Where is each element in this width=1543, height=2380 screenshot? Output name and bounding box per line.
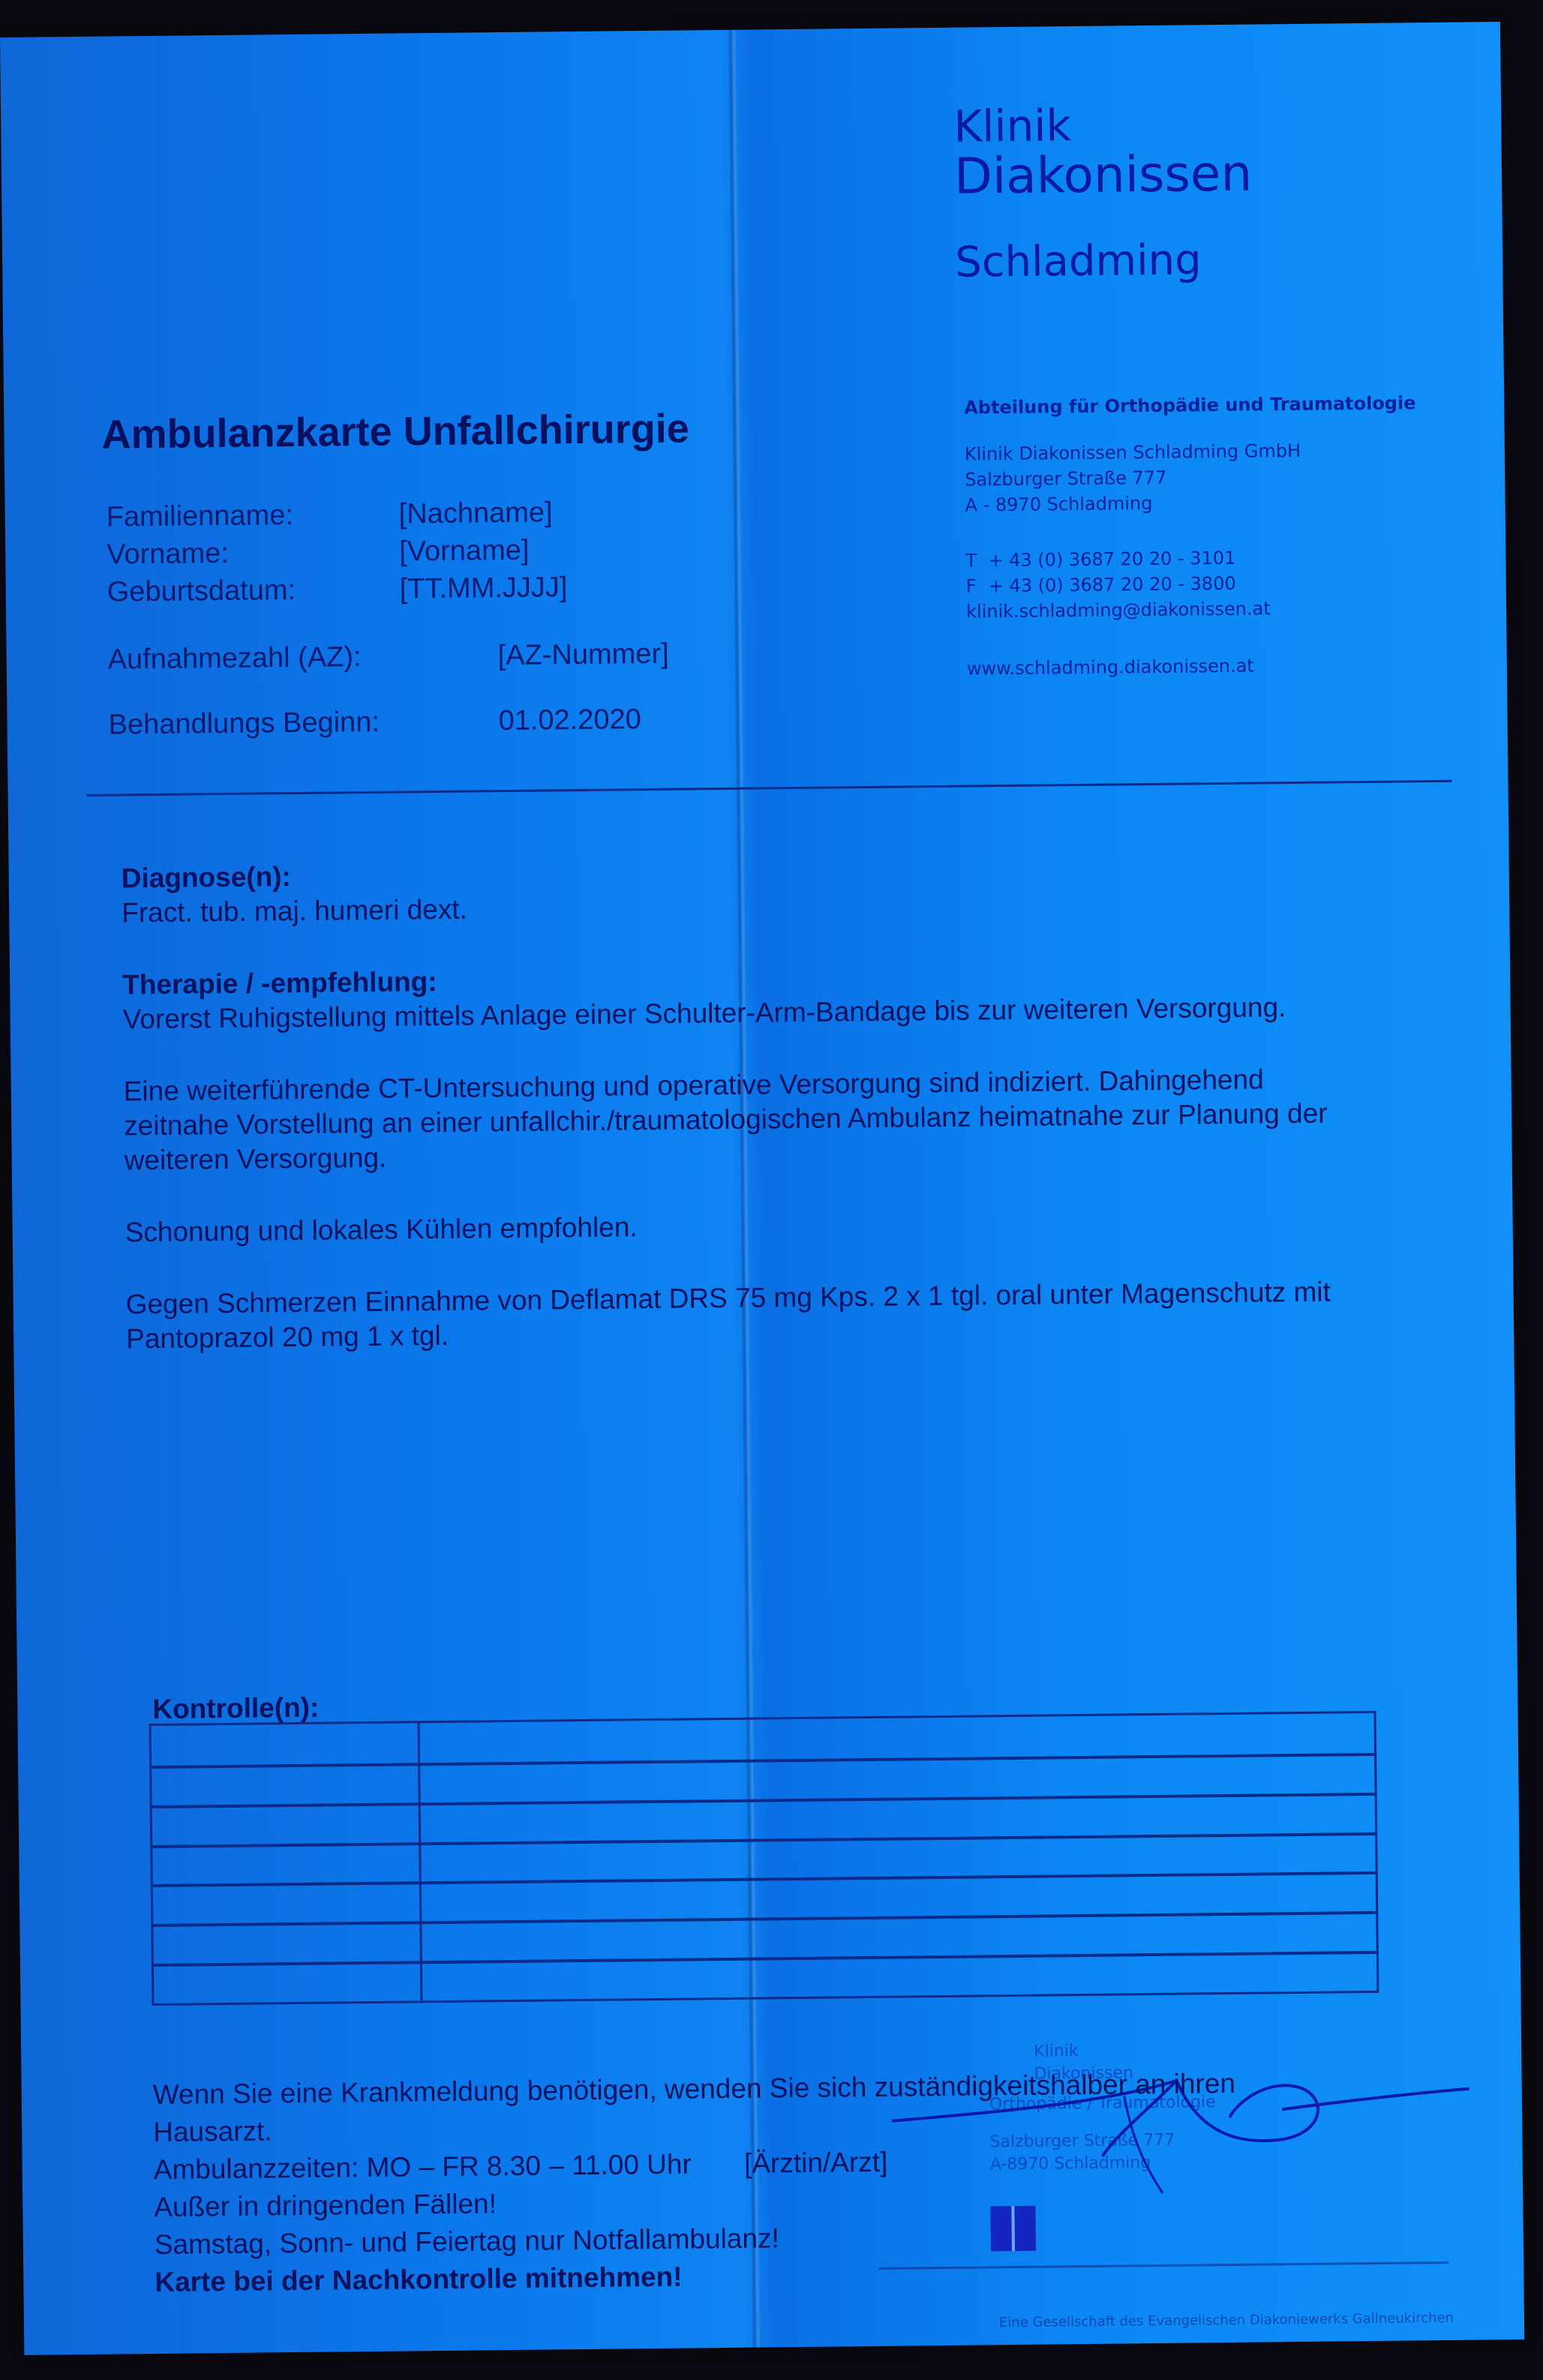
logo-line-diakonissen: Diakonissen [954,148,1253,203]
document-title: Ambulanzkarte Unfallchirurgie [101,405,689,458]
field-family-name: Familienname: [Nachname] [106,496,667,539]
organization-tagline: Eine Gesellschaft des Evangelischen Diak… [999,2310,1454,2330]
ambulance-hours: Ambulanzzeiten: MO – FR 8.30 – 11.00 Uhr [154,2149,692,2186]
controls-table-row-line [152,1832,1375,1848]
therapy-paragraph: Gegen Schmerzen Einnahme von Deflamat DR… [125,1274,1364,1356]
clinic-address-block: Abteilung für Orthopädie und Traumatolog… [964,390,1418,681]
birthdate-label: Geburtsdatum: [107,573,401,614]
physician-name: [Ärztin/Arzt] [744,2147,888,2179]
patient-fields: Familienname: [Nachname] Vorname: [Vorna… [106,496,669,742]
family-name-value: [Nachname] [398,497,552,536]
family-name-label: Familienname: [106,498,399,539]
controls-heading: Kontrolle(n): [152,1692,319,1725]
logo-line-schladming: Schladming [955,238,1253,286]
first-name-label: Vorname: [107,536,400,576]
fax-number: + 43 (0) 3687 20 20 - 3800 [989,571,1236,599]
document-body: Diagnose(n): Fract. tub. maj. humeri dex… [122,848,1364,1394]
ambulance-card-paper: Klinik Diakonissen Schladming Abteilung … [0,22,1524,2355]
controls-table-row-line [152,1753,1374,1769]
phone-number: + 43 (0) 3687 20 20 - 3101 [988,545,1235,573]
field-treatment-start: Behandlungs Beginn: 01.02.2020 [108,704,669,742]
header-divider [87,780,1452,797]
clinic-logo: Klinik Diakonissen Schladming [953,100,1253,286]
field-first-name: Vorname: [Vorname] [107,533,668,577]
field-birthdate: Geburtsdatum: [TT.MM.JJJJ] [107,571,668,614]
stamp-line: Klinik [1034,2038,1274,2063]
controls-table-row-line [153,1911,1376,1927]
controls-table [149,1711,1379,2006]
therapy-paragraph: Eine weiterführende CT-Untersuchung und … [123,1061,1361,1178]
department: Abteilung für Orthopädie und Traumatolog… [964,390,1416,420]
controls-table-row-line [154,1951,1376,1967]
phone-label: T [965,548,973,573]
admission-value: [AZ-Nummer] [497,638,668,672]
first-name-value: [Vorname] [399,535,530,574]
controls-table-row-line [153,1871,1376,1887]
email-link[interactable]: klinik.schladming@diakonissen.at [966,594,1418,624]
sick-note-info: Wenn Sie eine Krankmeldung benötigen, we… [152,2063,1338,2151]
website-link[interactable]: www.schladming.diakonissen.at [967,651,1419,681]
therapy-paragraph: Schonung und lokales Kühlen empfohlen. [125,1202,1362,1250]
fax-label: F [966,573,974,599]
controls-table-row-line [152,1793,1375,1808]
admission-label: Aufnahmezahl (AZ): [107,640,497,676]
treatment-start-value: 01.02.2020 [498,704,641,737]
birthdate-value: [TT.MM.JJJJ] [400,572,568,611]
logo-line-klinik: Klinik [953,100,1252,151]
treatment-start-label: Behandlungs Beginn: [108,705,498,741]
field-admission-number: Aufnahmezahl (AZ): [AZ-Nummer] [107,638,668,677]
